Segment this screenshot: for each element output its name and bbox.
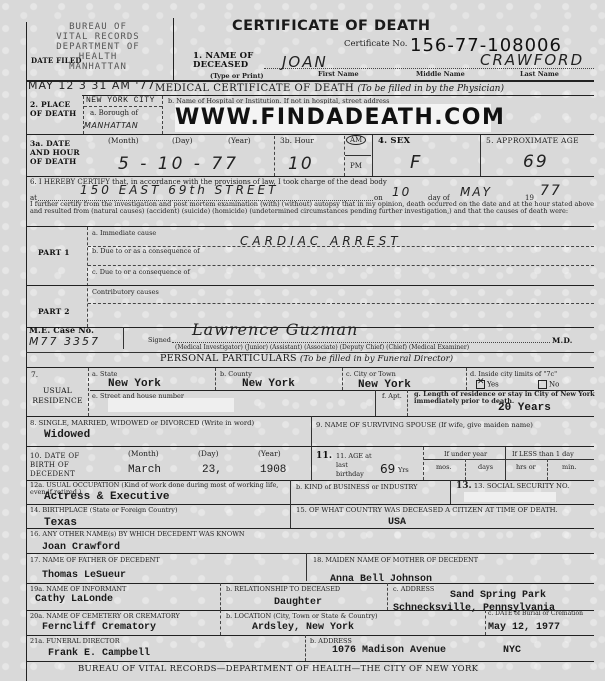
divider	[274, 136, 275, 176]
death-year-value: 77	[540, 183, 562, 199]
first-name-value: JOAN	[282, 53, 328, 71]
length-residence-value: 20 Years	[498, 402, 551, 414]
year-label: (Year)	[228, 137, 251, 145]
days-label: days	[478, 463, 493, 471]
other-names-value: Joan Crawford	[42, 542, 120, 553]
relationship-label: b. RELATIONSHIP TO DECEASED	[226, 585, 340, 593]
divider	[342, 368, 343, 390]
certificate-title: CERTIFICATE OF DEATH	[232, 18, 431, 34]
business-label: b. KIND of BUSINESS or INDUSTRY	[296, 483, 417, 491]
divider	[466, 368, 467, 390]
divider	[547, 459, 548, 480]
divider	[345, 155, 371, 156]
age-at-birthday-label: 11. AGE at last birthday	[336, 452, 376, 479]
divider	[88, 265, 594, 266]
death-address-value: 150 EAST 69th STREET	[80, 183, 278, 197]
age-at-birthday-value: 69	[380, 462, 395, 476]
place-of-death-label: 2. PLACE OF DEATH	[30, 100, 80, 118]
birth-date-label: 10. DATE OF BIRTH OF DECEDENT	[30, 452, 95, 479]
immediate-cause-label: a. Immediate cause	[92, 229, 156, 237]
me-case-value: M77 3357	[29, 335, 100, 348]
birthplace-label: 14. BIRTHPLACE (State or Foreign Country…	[30, 506, 178, 514]
residence-num: 7.	[31, 371, 38, 379]
divider	[387, 583, 388, 610]
birth-year-value: 1908	[260, 464, 286, 476]
personal-particulars-title: PERSONAL PARTICULARS (To be filled in by…	[160, 353, 453, 364]
divider	[290, 480, 291, 504]
birth-day-value: 23,	[202, 464, 222, 476]
medical-section-title: MEDICAL CERTIFICATE OF DEATH (To be fill…	[155, 83, 504, 94]
divider	[26, 446, 594, 447]
cemetery-value: Ferncliff Crematory	[42, 622, 156, 633]
place-city-value: NEW YORK CITY	[86, 96, 155, 105]
divider	[424, 459, 594, 460]
marital-status-value: Widowed	[44, 429, 90, 441]
residence-label: USUAL RESIDENCE	[30, 386, 85, 406]
ssn-label: 13. 13. SOCIAL SECURITY NO.	[456, 482, 569, 490]
hour-label: 3b. Hour	[280, 137, 314, 145]
last-name-value: CRAWFORD	[480, 51, 584, 69]
divider	[450, 480, 451, 504]
divider	[480, 135, 481, 176]
month-label: (Month)	[108, 137, 139, 145]
me-titles: (Medical Investigator) (Junior) (Assista…	[175, 344, 469, 352]
surviving-spouse-label: 9. NAME OF SURVIVING SPOUSE (If wife, gi…	[316, 421, 533, 429]
further-certify-text: I further certify from the investigation…	[30, 201, 594, 215]
date-filed-label: DATE FILED	[31, 56, 82, 65]
birth-day-label: (Day)	[198, 450, 219, 458]
birth-month-value: March	[128, 464, 161, 476]
contributory-causes-label: Contributory causes	[92, 288, 159, 296]
divider	[372, 135, 373, 176]
name-sublabel: (Type or Print)	[210, 72, 264, 80]
am-label: AM	[346, 135, 366, 145]
hour-value: 10	[288, 154, 314, 174]
divider	[26, 635, 594, 636]
part2-label: PART 2	[38, 307, 70, 316]
funeral-director-value: Frank E. Campbell	[48, 648, 150, 659]
yes-checkbox[interactable]	[476, 380, 485, 389]
location-value: Ardsley, New York	[252, 622, 354, 633]
divider	[220, 610, 221, 635]
divider	[123, 327, 124, 349]
approx-age-label: 5. APPROXIMATE AGE	[486, 137, 579, 145]
divider	[465, 459, 466, 480]
divider	[423, 447, 424, 480]
informant-label: 19a. NAME OF INFORMANT	[30, 585, 126, 593]
divider	[290, 504, 291, 528]
citizenship-label: 15. OF WHAT COUNTRY WAS DECEASED A CITIZ…	[296, 507, 592, 514]
relationship-value: Daughter	[274, 597, 322, 608]
last-name-label: Last Name	[520, 70, 559, 78]
divider	[26, 285, 594, 286]
me-case-label: M.E. Case No.	[29, 326, 94, 335]
death-month-value: MAY	[460, 185, 492, 199]
part1-label: PART 1	[38, 248, 70, 257]
burial-date-value: May 12, 1977	[488, 622, 560, 633]
approx-age-value: 69	[523, 152, 549, 172]
inside-limits-no[interactable]: No	[538, 380, 559, 389]
first-name-label: First Name	[318, 70, 359, 78]
state-label: a. State	[92, 370, 117, 378]
months-label: mos.	[436, 463, 451, 471]
divider	[220, 583, 221, 610]
divider	[88, 303, 594, 304]
header-divider	[173, 18, 174, 80]
apt-label: f. Apt.	[382, 392, 402, 400]
divider	[87, 227, 88, 327]
borough-value: MANHATTAN	[84, 121, 138, 130]
cemetery-label: 20a. NAME OF CEMETERY OR CREMATORY	[30, 612, 180, 620]
day-label: (Day)	[172, 137, 193, 145]
signature: Lawrence Guzman	[192, 320, 358, 339]
father-label: 17. NAME OF FATHER OF DECEDENT	[30, 556, 160, 564]
funeral-address-label: b. ADDRESS	[310, 637, 352, 645]
divider	[82, 95, 594, 96]
signed-label: Signed	[148, 336, 171, 344]
divider	[306, 553, 307, 581]
location-label: b. LOCATION (City, Town or State & Count…	[226, 612, 378, 620]
divider	[162, 96, 163, 134]
birth-month-label: (Month)	[128, 450, 159, 458]
sex-value: F	[410, 152, 422, 173]
divider	[26, 176, 594, 177]
age-unit: Yrs	[398, 466, 409, 474]
divider	[26, 367, 594, 368]
middle-name-label: Middle Name	[416, 70, 465, 78]
divider	[26, 553, 594, 554]
divider	[305, 635, 306, 661]
no-checkbox[interactable]	[538, 380, 547, 389]
divider	[88, 368, 89, 416]
county-value: New York	[242, 378, 295, 390]
county-label: b. County	[220, 370, 252, 378]
signature-underline	[172, 342, 550, 343]
sex-label: 4. SEX	[378, 137, 410, 146]
divider	[407, 390, 408, 416]
divider	[215, 368, 216, 390]
mother-label: 18. MAIDEN NAME OF MOTHER OF DECEDENT	[313, 556, 478, 564]
footer-text: BUREAU OF VITAL RECORDS—DEPARTMENT OF HE…	[78, 664, 478, 674]
divider	[344, 136, 345, 176]
divider	[485, 610, 486, 635]
marital-status-label: 8. SINGLE, MARRIED, WIDOWED or DIVORCED …	[30, 419, 254, 427]
divider	[26, 661, 594, 662]
street-value-redacted	[108, 398, 234, 412]
divider	[84, 106, 162, 107]
other-names-label: 16. ANY OTHER NAME(s) BY WHICH DECEDENT …	[30, 530, 245, 538]
date-filed-value: MAY 12 3 31 AM '77	[28, 79, 155, 92]
informant-address-line1: Sand Spring Park	[450, 590, 546, 601]
ssn-value-redacted	[464, 492, 556, 502]
divider	[26, 528, 594, 529]
under-year-label: If under year	[444, 450, 487, 458]
occupation-value: Actress & Executive	[44, 491, 169, 503]
funeral-city-value: NYC	[503, 645, 521, 656]
name-label: 1. NAME OF DECEASED	[193, 52, 263, 70]
divider	[311, 446, 312, 480]
divider	[26, 226, 594, 227]
inside-limits-yes[interactable]: Yes	[476, 380, 499, 389]
informant-address-label: c. ADDRESS	[393, 585, 434, 593]
funeral-address-value: 1076 Madison Avenue	[332, 645, 446, 656]
watermark: WWW.FINDADEATH.COM	[175, 104, 491, 132]
md-label: M.D.	[552, 336, 573, 345]
hours-label: hrs or	[516, 463, 536, 471]
date-of-death-value: 5 - 10 - 77	[118, 154, 239, 174]
citizenship-value: USA	[388, 517, 406, 528]
state-value: New York	[108, 378, 161, 390]
divider	[26, 583, 594, 584]
father-value: Thomas LeSueur	[42, 570, 126, 581]
cause-b-label: b. Due to or as a consequence of	[92, 247, 200, 255]
cause-c-label: c. Due to or a consequence of	[92, 268, 190, 276]
divider	[505, 447, 506, 480]
divider	[311, 416, 312, 446]
informant-value: Cathy LaLonde	[35, 594, 113, 605]
birth-year-label: (Year)	[258, 450, 281, 458]
borough-label: a. Borough of	[90, 109, 138, 117]
divider	[26, 504, 594, 505]
divider	[375, 390, 376, 416]
funeral-director-label: 21a. FUNERAL DIRECTOR	[30, 637, 120, 645]
pm-label: PM	[350, 162, 362, 170]
age-at-birthday-num: 11.	[316, 452, 332, 461]
city-label: c. City or Town	[346, 370, 396, 378]
certificate-no-label: Certificate No.	[344, 40, 407, 48]
minutes-label: min.	[562, 463, 577, 471]
date-of-death-label: 3a. DATE AND HOUR OF DEATH	[30, 139, 88, 166]
burial-date-label: c. DATE of Burial or Cremation	[488, 611, 596, 617]
divider	[26, 416, 594, 417]
divider	[26, 134, 594, 135]
less-day-label: If LESS than 1 day	[512, 450, 574, 458]
death-day-value: 10	[392, 185, 411, 199]
